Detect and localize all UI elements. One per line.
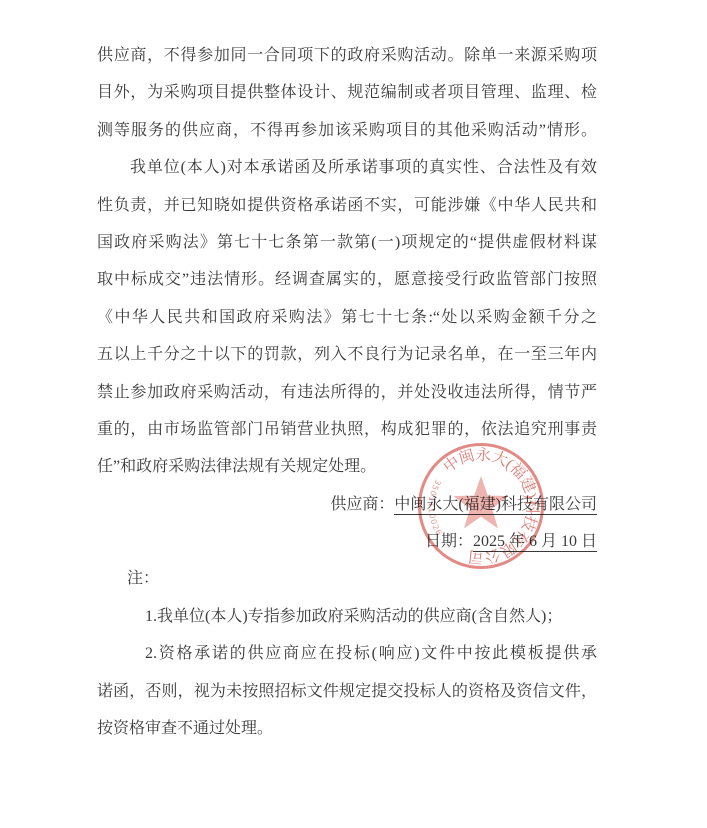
body-line: 任”和政府采购法律法规有关规定处理。 [97,448,597,485]
document-body: 供应商，不得参加同一合同项下的政府采购活动。除单一来源采购项 目外，为采购项目提… [97,37,597,747]
body-line: 《中华人民共和国政府采购法》第七十七条:“处以采购金额千分之 [97,299,597,336]
supplier-signature-line: 供应商：中闽永大(福建)科技有限公司 [97,486,597,523]
body-line: 国政府采购法》第七十七条第一款第(一)项规定的“提供虚假材料谋 [97,224,597,261]
supplier-name: 中闽永大(福建)科技有限公司 [394,496,597,515]
notes-heading: 注： [97,560,597,597]
note-line: 诺函，否则，视为未按照招标文件规定提交投标人的资格及资信文件， [97,673,597,710]
body-line: 五以上千分之十以下的罚款，列入不良行为记录名单，在一至三年内 [97,336,597,373]
note-line: 2.资格承诺的供应商应在投标(响应)文件中按此模板提供承 [97,635,597,672]
date-value: 2025 年 6 月 10 日 [473,533,597,552]
body-line: 测等服务的供应商，不得再参加该采购项目的其他采购活动”情形。 [97,112,597,149]
document-page: 供应商，不得参加同一合同项下的政府采购活动。除单一来源采购项 目外，为采购项目提… [0,0,707,828]
supplier-label: 供应商： [330,496,394,513]
body-line: 供应商，不得参加同一合同项下的政府采购活动。除单一来源采购项 [97,37,597,74]
body-line: 目外，为采购项目提供整体设计、规范编制或者项目管理、监理、检 [97,74,597,111]
body-line: 我单位(本人)对本承诺函及所承诺事项的真实性、合法性及有效 [97,149,597,186]
body-line: 禁止参加政府采购活动，有违法所得的，并处没收违法所得，情节严 [97,374,597,411]
date-label: 日期： [425,533,473,550]
note-line: 1.我单位(本人)专指参加政府采购活动的供应商(含自然人)； [97,598,597,635]
date-line: 日期：2025 年 6 月 10 日 [97,523,597,560]
body-line: 重的，由市场监管部门吊销营业执照，构成犯罪的，依法追究刑事责 [97,411,597,448]
body-line: 性负责，并已知晓如提供资格承诺函不实，可能涉嫌《中华人民共和 [97,187,597,224]
note-line: 按资格审查不通过处理。 [97,710,597,747]
body-line: 取中标成交”违法情形。经调查属实的，愿意接受行政监管部门按照 [97,261,597,298]
